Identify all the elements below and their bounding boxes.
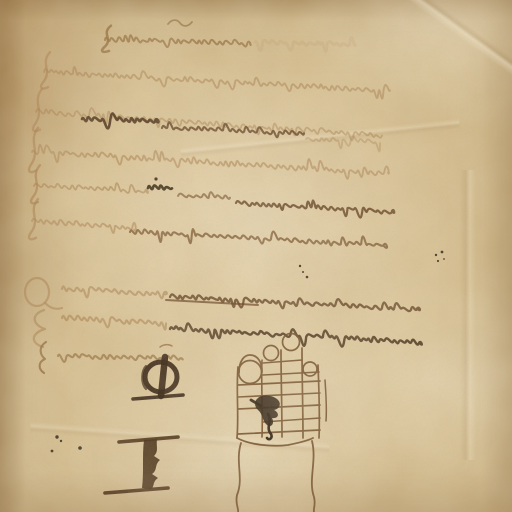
line7-strike xyxy=(166,300,258,305)
hand-stroke xyxy=(238,381,320,385)
handwriting-text-line-3-mid xyxy=(162,122,304,137)
finger-tip xyxy=(283,334,300,351)
ink-dot xyxy=(302,271,304,273)
handwriting-text-line-5-base xyxy=(34,183,148,193)
title-tilde xyxy=(168,20,192,26)
hand-stroke xyxy=(239,355,262,373)
finger-tip xyxy=(239,361,262,384)
phi-underline xyxy=(133,395,183,399)
ink-layer xyxy=(0,0,512,512)
line9-bracket xyxy=(40,342,46,373)
handwriting-text-line-5-dark xyxy=(236,201,394,218)
handwriting-text-line-8-base xyxy=(62,316,166,330)
finger-tip xyxy=(264,346,279,361)
handwriting-title-line xyxy=(105,35,251,47)
q-initial xyxy=(25,278,49,306)
line9-macron xyxy=(160,345,172,347)
parchment-texture xyxy=(0,0,512,512)
numeral-i-top-bar xyxy=(119,437,178,442)
ink-dot xyxy=(299,265,301,267)
ink-dot xyxy=(55,435,58,438)
handwriting-text-line-7-base xyxy=(62,286,167,298)
ink-blot xyxy=(255,395,280,426)
ink-spatter xyxy=(51,251,445,453)
numeral-i-symbol xyxy=(105,437,178,493)
hand-stroke xyxy=(237,367,238,438)
ink-dot xyxy=(51,450,54,453)
hand-stroke xyxy=(312,441,315,512)
parchment-crease xyxy=(354,0,512,89)
parchment-crease xyxy=(30,416,331,457)
phi-sigil-symbol xyxy=(133,357,183,399)
q-tail xyxy=(45,303,62,309)
parchment-crease xyxy=(180,113,460,160)
ink-dot xyxy=(435,254,437,256)
parchment-crease xyxy=(460,170,476,460)
hand-stroke xyxy=(263,418,320,422)
numeral-i-stem xyxy=(142,439,160,489)
hand-stroke xyxy=(263,360,302,363)
handwriting-text-line-5-dig xyxy=(148,185,172,189)
ink-dot xyxy=(78,446,82,450)
handwriting-text-line-3-bold xyxy=(82,113,158,128)
hand-stroke xyxy=(251,400,261,406)
phi-bar xyxy=(161,357,165,396)
handwriting-text-line-7-dark xyxy=(170,294,420,311)
handwriting-text-line-6-main xyxy=(130,229,387,248)
hand-stroke xyxy=(263,372,319,375)
hand-stroke xyxy=(237,438,313,446)
finger-tip xyxy=(303,362,317,376)
s-initial xyxy=(34,310,45,347)
ink-dot xyxy=(306,276,309,279)
hand-stroke xyxy=(281,350,282,437)
handwriting-layer xyxy=(25,20,422,373)
handwriting-text-line-9 xyxy=(58,354,183,362)
ink-dot xyxy=(60,440,62,442)
hand-stroke xyxy=(318,365,319,438)
hand-stroke xyxy=(262,360,263,437)
handwriting-text-line-2 xyxy=(44,67,390,99)
ink-dot xyxy=(441,251,444,254)
hand-stroke xyxy=(267,414,272,439)
numeral-i-bottom-bar xyxy=(105,488,168,493)
hand-sketch xyxy=(236,334,326,512)
hand-stroke xyxy=(238,393,320,397)
handwriting-text-line-8-dark xyxy=(170,323,422,346)
hand-stroke xyxy=(238,405,320,409)
i-dot xyxy=(154,177,157,180)
hand-stroke xyxy=(236,443,241,512)
ink-dot xyxy=(443,258,445,260)
hand-stroke xyxy=(325,380,326,421)
handwriting-title-ghost xyxy=(255,38,355,52)
handwriting-text-line-3-base xyxy=(36,108,382,140)
manuscript-page xyxy=(0,0,512,512)
handwriting-text-line-5-mid xyxy=(178,192,230,199)
handwriting-text-line-3-tail xyxy=(306,136,380,151)
handwriting-text-line-4 xyxy=(32,145,389,179)
hand-stroke xyxy=(238,430,320,434)
phi-ring xyxy=(145,362,177,392)
hand-stroke xyxy=(302,348,303,438)
ink-dot xyxy=(437,260,439,262)
handwriting-text-line-6-base xyxy=(32,219,136,233)
